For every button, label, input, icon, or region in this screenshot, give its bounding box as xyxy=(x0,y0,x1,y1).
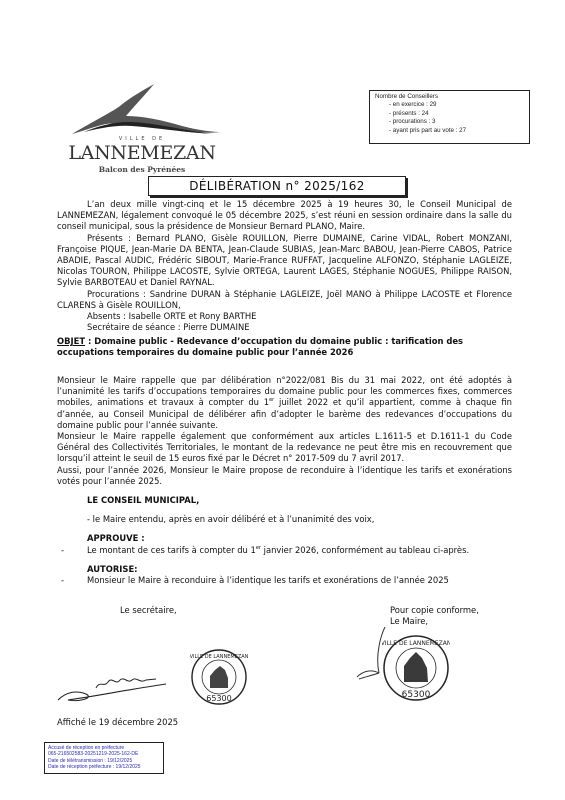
logo-tagline: Balcon des Pyrénées xyxy=(62,165,222,174)
copy-conforming-label: Pour copie conforme, xyxy=(390,605,479,616)
ack-line-reception-date: Date de réception préfecture : 19/12/202… xyxy=(48,764,160,770)
svg-text:VILLE DE LANNEMEZAN: VILLE DE LANNEMEZAN xyxy=(382,640,450,647)
authorize-heading: AUTORISE: xyxy=(57,564,512,575)
statement-paragraph-2: Monsieur le Maire rappelle également que… xyxy=(57,431,512,465)
approve-item: -Le montant de ces tarifs à compter du 1… xyxy=(57,545,512,556)
posted-date: Affiché le 19 décembre 2025 xyxy=(57,717,178,728)
secretary-signature xyxy=(56,670,176,705)
statement-paragraph-3: Aussi, pour l’année 2026, Monsieur le Ma… xyxy=(57,465,512,487)
town-logo: VILLE DE LANNEMEZAN Balcon des Pyrénées xyxy=(62,82,222,182)
svg-text:VILLE DE LANNEMEZAN: VILLE DE LANNEMEZAN xyxy=(190,654,248,660)
deliberation-title: DÉLIBÉRATION n° 2025/162 xyxy=(148,176,406,196)
town-stamp-mayor-icon: 65300 VILLE DE LANNEMEZAN xyxy=(382,634,450,702)
counsellors-title: Nombre de Conseillers xyxy=(375,93,524,101)
decision: LE CONSEIL MUNICIPAL, - le Maire entendu… xyxy=(57,495,512,586)
counsellors-present: - présents : 24 xyxy=(375,110,524,118)
council-heard: - le Maire entendu, après en avoir délib… xyxy=(57,514,512,525)
authorize-item: -Monsieur le Maire à reconduire à l’iden… xyxy=(57,575,512,586)
preamble-secretary: Secrétaire de séance : Pierre DUMAINE xyxy=(57,322,512,333)
preamble: L’an deux mille vingt-cinq et le 15 déce… xyxy=(57,199,512,333)
preamble-procurations: Procurations : Sandrine DURAN à Stéphani… xyxy=(57,289,512,311)
subject-label: OBJET xyxy=(57,336,85,346)
approve-heading: APPROUVE : xyxy=(57,533,512,544)
counsellors-voting: - ayant pris part au vote : 27 xyxy=(375,127,524,135)
counsellors-count-box: Nombre de Conseillers - en exercice : 29… xyxy=(369,90,530,144)
logo-town-name: LANNEMEZAN xyxy=(62,142,222,164)
counsellors-in-office: - en exercice : 29 xyxy=(375,101,524,109)
svg-text:65300: 65300 xyxy=(206,694,231,703)
svg-text:65300: 65300 xyxy=(402,690,431,700)
subject: OBJET : Domaine public - Redevance d’occ… xyxy=(57,336,512,358)
preamble-absents: Absents : Isabelle ORTE et Rony BARTHE xyxy=(57,311,512,322)
preamble-intro: L’an deux mille vingt-cinq et le 15 déce… xyxy=(57,199,512,233)
council-heading: LE CONSEIL MUNICIPAL, xyxy=(57,495,512,506)
prefecture-acknowledgement-box: Accusé de réception en préfecture 065-21… xyxy=(44,742,164,774)
counsellors-proxies: - procurations : 3 xyxy=(375,118,524,126)
mountain-swoosh-icon xyxy=(62,82,222,138)
statement-paragraph-1: Monsieur le Maire rappelle que par délib… xyxy=(57,375,512,431)
preamble-presents: Présents : Bernard PLANO, Gisèle ROUILLO… xyxy=(57,233,512,289)
statement: Monsieur le Maire rappelle que par délib… xyxy=(57,375,512,487)
secretary-label: Le secrétaire, xyxy=(120,605,177,616)
town-stamp-secretary-icon: 65300 VILLE DE LANNEMEZAN xyxy=(190,648,248,706)
subject-text: : Domaine public - Redevance d’occupatio… xyxy=(57,336,463,357)
